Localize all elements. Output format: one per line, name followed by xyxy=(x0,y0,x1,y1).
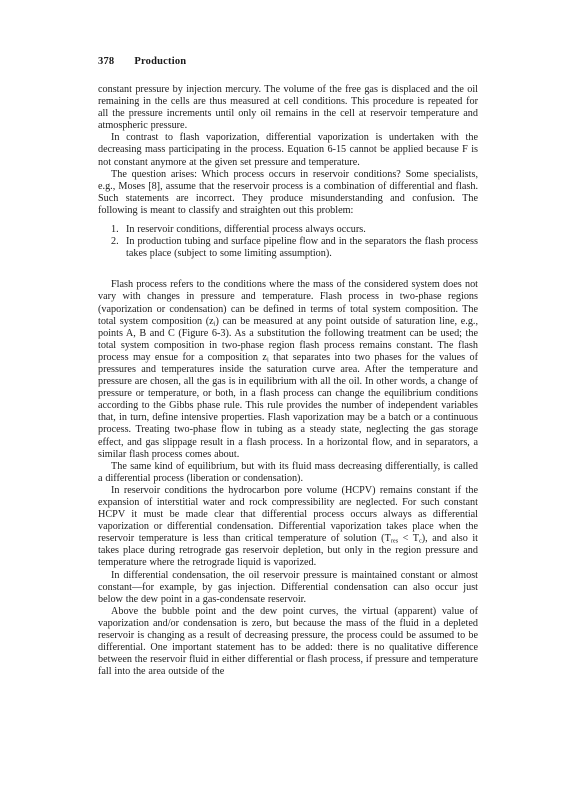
text-run: In reservoir conditions, differential pr… xyxy=(126,224,366,235)
running-title: Production xyxy=(134,56,186,67)
paragraph: constant pressure by injection mercury. … xyxy=(98,84,478,132)
text-run: The question arises: Which process occur… xyxy=(98,169,478,216)
list-item-text: In production tubing and surface pipelin… xyxy=(126,236,478,260)
list-item: 1.In reservoir conditions, differential … xyxy=(111,224,478,236)
text-run: < T xyxy=(398,533,419,544)
paragraph: The question arises: Which process occur… xyxy=(98,169,478,217)
paragraph: Above the bubble point and the dew point… xyxy=(98,606,478,679)
text-run: In differential condensation, the oil re… xyxy=(98,570,478,605)
text-run: In production tubing and surface pipelin… xyxy=(126,236,478,259)
running-header: 378 Production xyxy=(98,56,478,67)
text-run: In contrast to flash vaporization, diffe… xyxy=(98,132,478,167)
text-run: Above the bubble point and the dew point… xyxy=(98,606,478,677)
text-run: The same kind of equilibrium, but with i… xyxy=(98,461,478,484)
list-item-number: 2. xyxy=(111,236,126,260)
paragraph: Flash process refers to the conditions w… xyxy=(98,279,478,460)
list-item-text: In reservoir conditions, differential pr… xyxy=(126,224,478,236)
book-page: 378 Production constant pressure by inje… xyxy=(0,0,569,800)
text-run: constant pressure by injection mercury. … xyxy=(98,84,478,131)
page-body-text: constant pressure by injection mercury. … xyxy=(98,84,478,678)
paragraph: In contrast to flash vaporization, diffe… xyxy=(98,132,478,168)
list-item-number: 1. xyxy=(111,224,126,236)
numbered-list: 1.In reservoir conditions, differential … xyxy=(111,224,478,260)
paragraph: In differential condensation, the oil re… xyxy=(98,570,478,606)
page-number: 378 xyxy=(98,56,114,67)
list-item: 2.In production tubing and surface pipel… xyxy=(111,236,478,260)
text-run: that separates into two phases for the v… xyxy=(98,352,478,460)
paragraph: The same kind of equilibrium, but with i… xyxy=(98,461,478,485)
paragraph: In reservoir conditions the hydrocarbon … xyxy=(98,485,478,570)
